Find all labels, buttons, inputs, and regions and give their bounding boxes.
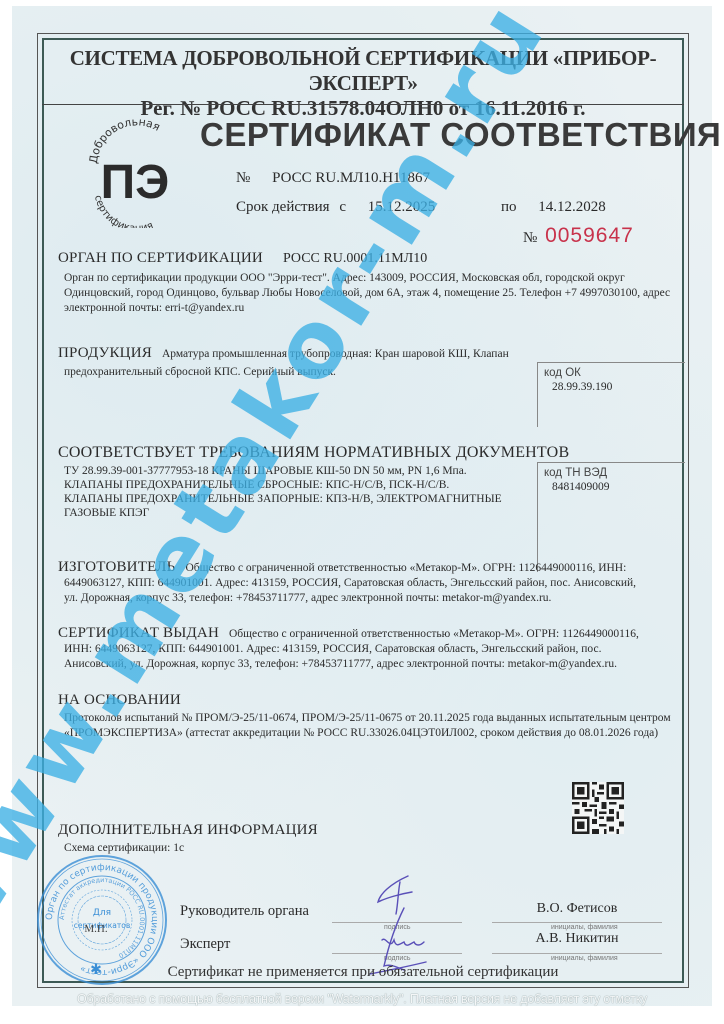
conformity-line: ТУ 28.99.39-001-37777953-18 КРАНЫ ШАРОВЫ…	[64, 464, 528, 478]
basis-heading: НА ОСНОВАНИИ	[58, 692, 684, 709]
serial-label: №	[523, 230, 537, 246]
issued-to-line1: Общество с ограниченной ответственностью…	[229, 628, 639, 640]
ok-code-label: код ОК	[544, 367, 685, 379]
head-role-label: Руководитель органа	[180, 903, 320, 920]
to-label: по	[501, 199, 517, 216]
ok-code-box: код ОК 28.99.39.190	[537, 362, 685, 427]
product-text-line1: Арматура промышленная трубопроводная: Кр…	[162, 348, 509, 360]
issued-to-line3: Анисовский, ул. Дорожная, корпус 33, тел…	[58, 657, 684, 672]
bottom-watermark: Обработано с помощью бесплатной версии "…	[0, 992, 724, 1006]
valid-from: 15.12.2025	[368, 199, 436, 216]
expert-name: А.В. Никитин	[497, 931, 657, 947]
basis-section: НА ОСНОВАНИИ Протоколов испытаний № ПРОМ…	[58, 692, 684, 741]
svg-text:ПЭ: ПЭ	[101, 156, 170, 209]
manufacturer-heading: ИЗГОТОВИТЕЛЬ	[58, 559, 175, 575]
svg-text:Для: Для	[93, 908, 111, 918]
basis-text: Протоколов испытаний № ПРОМ/Э-25/11-0674…	[58, 711, 684, 741]
footer-note: Сертификат не применяется при обязательн…	[42, 964, 684, 981]
pe-logo-icon: Добровольная ПЭ сертификация	[85, 118, 185, 228]
head-name: В.О. Фетисов	[497, 901, 657, 917]
manufacturer-line2: 6449063127, КПП: 644901001. Адрес: 41315…	[58, 576, 684, 591]
conformity-line: КЛАПАНЫ ПРЕДОХРАНИТЕЛЬНЫЕ СБРОСНЫЕ: КПС-…	[64, 478, 528, 492]
qr-code-icon[interactable]	[572, 782, 624, 834]
issued-to-section: СЕРТИФИКАТ ВЫДАН Общество с ограниченной…	[58, 624, 684, 672]
serial-number: № 0059647	[523, 224, 634, 248]
expert-role-label: Эксперт	[180, 936, 320, 953]
product-heading: ПРОДУКЦИЯ	[58, 345, 152, 361]
manufacturer-line1: Общество с ограниченной ответственностью…	[185, 562, 626, 574]
head-name-line	[492, 922, 662, 923]
expert-name-line	[492, 953, 662, 954]
name-caption: инициалы, фамилия	[551, 955, 618, 962]
validity-label: Срок действия	[236, 199, 330, 216]
manufacturer-line3: ул. Дорожная, корпус 33, телефон: +78453…	[58, 591, 684, 606]
conformity-line: ГАЗОВЫЕ КПЭГ	[64, 506, 528, 520]
certificate-title: СЕРТИФИКАТ СООТВЕТСТВИЯ	[200, 116, 721, 154]
valid-to: 14.12.2028	[538, 199, 606, 216]
tnved-code-box: код ТН ВЭД 8481409009	[537, 462, 685, 572]
expert-signature-row: Эксперт	[180, 936, 320, 953]
head-signature-row: Руководитель органа	[180, 903, 320, 920]
certification-body-section: ОРГАН ПО СЕРТИФИКАЦИИ РОСС RU.0001.11МЛ1…	[58, 249, 688, 316]
certification-body-text: Орган по сертификации продукции ООО "Эрр…	[58, 271, 688, 316]
product-text-line2: предохранительный сбросной КПС. Серийный…	[58, 366, 336, 378]
tnved-code-value: 8481409009	[544, 481, 685, 493]
serial-value: 0059647	[545, 224, 634, 247]
name-caption: инициалы, фамилия	[551, 924, 618, 931]
from-label: с	[339, 199, 346, 216]
conformity-heading: СООТВЕТСТВУЕТ ТРЕБОВАНИЯМ НОРМАТИВНЫХ ДО…	[58, 444, 698, 462]
number-value: РОСС RU.МЛ10.Н11867	[272, 170, 430, 186]
conformity-line: КЛАПАНЫ ПРЕДОХРАНИТЕЛЬНЫЕ ЗАПОРНЫЕ: КПЗ-…	[64, 492, 528, 506]
certification-body-heading: ОРГАН ПО СЕРТИФИКАЦИИ	[58, 250, 263, 266]
number-label: №	[236, 170, 250, 186]
tnved-code-label: код ТН ВЭД	[544, 467, 685, 479]
validity-period: Срок действия с 15.12.2025 по 14.12.2028	[236, 199, 606, 216]
certification-system-header: СИСТЕМА ДОБРОВОЛЬНОЙ СЕРТИФИКАЦИИ «ПРИБО…	[42, 46, 684, 121]
manufacturer-section: ИЗГОТОВИТЕЛЬ Общество с ограниченной отв…	[58, 558, 684, 606]
issued-to-heading: СЕРТИФИКАТ ВЫДАН	[58, 625, 219, 641]
certificate-number: № РОСС RU.МЛ10.Н11867	[236, 170, 430, 187]
system-name: СИСТЕМА ДОБРОВОЛЬНОЙ СЕРТИФИКАЦИИ «ПРИБО…	[42, 46, 684, 96]
additional-info-section: ДОПОЛНИТЕЛЬНАЯ ИНФОРМАЦИЯ Схема сертифик…	[58, 822, 318, 856]
conformity-documents: ТУ 28.99.39-001-37777953-18 КРАНЫ ШАРОВЫ…	[58, 464, 528, 520]
issued-to-line2: ИНН: 6449063127, КПП: 644901001. Адрес: …	[58, 642, 684, 657]
header-divider	[42, 104, 684, 105]
product-section: ПРОДУКЦИЯ Арматура промышленная трубопро…	[58, 344, 528, 380]
svg-text:М.П.: М.П.	[84, 923, 107, 935]
certification-body-code: РОСС RU.0001.11МЛ10	[283, 251, 427, 266]
ok-code-value: 28.99.39.190	[544, 381, 685, 393]
additional-info-heading: ДОПОЛНИТЕЛЬНАЯ ИНФОРМАЦИЯ	[58, 822, 318, 839]
